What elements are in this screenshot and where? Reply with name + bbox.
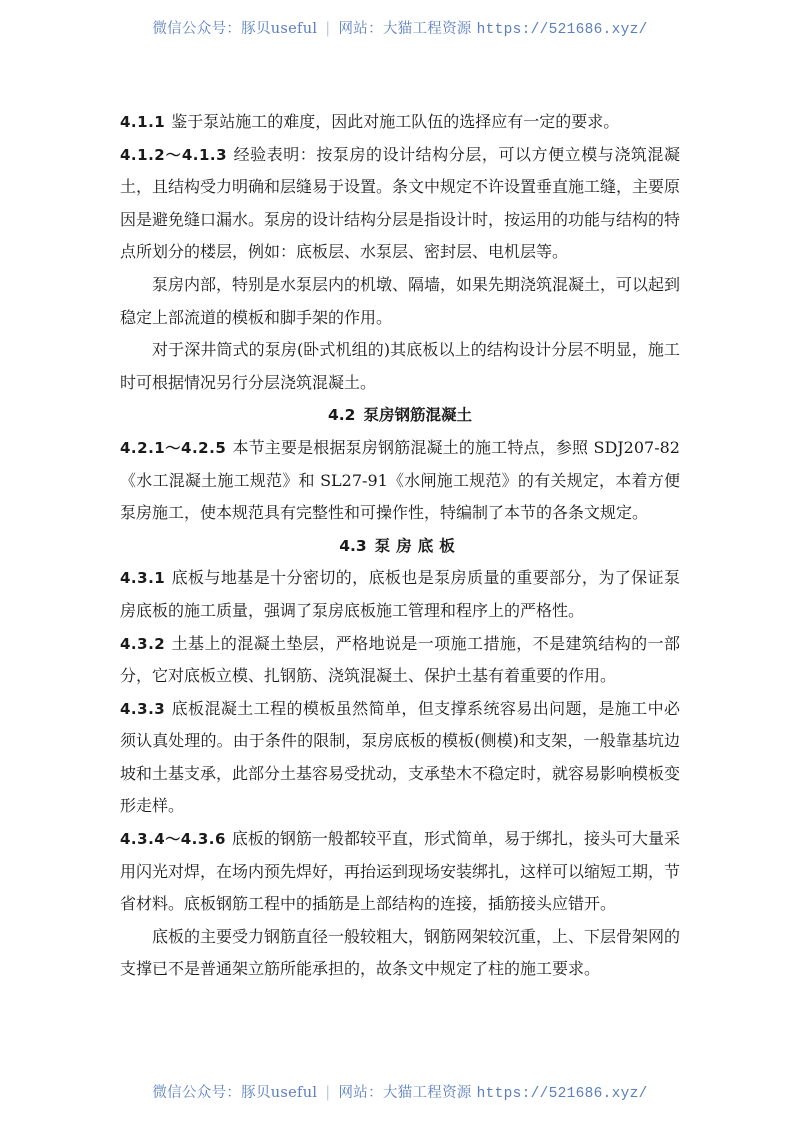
site-url: https://521686.xyz/ xyxy=(477,22,648,38)
clause-number: 4.3.3 xyxy=(120,700,165,718)
clause-number: 4.1.1 xyxy=(120,113,165,131)
clause-number: 4.2.1～4.2.5 xyxy=(120,439,226,457)
clause-4-3-3: 4.3.3底板混凝土工程的模板虽然简单，但支撑系统容易出问题，是施工中必须认真处… xyxy=(120,693,680,823)
footer-watermark: 微信公众号：豚贝useful|网站：大猫工程资源 https://521686.… xyxy=(0,1081,800,1102)
clause-4-3-4-4-3-6: 4.3.4～4.3.6底板的钢筋一般都较平直，形式简单，易于绑扎，接头可大量采用… xyxy=(120,823,680,921)
clause-text: 底板混凝土工程的模板虽然简单，但支撑系统容易出问题，是施工中必须认真处理的。由于… xyxy=(120,699,680,816)
clause-text: 底板与地基是十分密切的，底板也是泵房质量的重要部分，为了保证泵房底板的施工质量，… xyxy=(120,568,680,620)
heading-number: 4.3 xyxy=(339,537,366,555)
header-watermark: 微信公众号：豚贝useful|网站：大猫工程资源 https://521686.… xyxy=(0,17,800,38)
separator: | xyxy=(325,21,330,37)
site-label: 网站：大猫工程资源 xyxy=(338,1085,471,1101)
site-url: https://521686.xyz/ xyxy=(477,1086,648,1102)
wechat-label: 微信公众号：豚贝useful xyxy=(152,21,317,37)
heading-title: 泵房钢筋混凝土 xyxy=(363,406,472,424)
clause-4-2-1-4-2-5: 4.2.1～4.2.5本节主要是根据泵房钢筋混凝土的施工特点，参照 SDJ207… xyxy=(120,432,680,530)
site-label: 网站：大猫工程资源 xyxy=(338,21,471,37)
heading-title: 泵房底板 xyxy=(375,537,461,555)
clause-4-1-1: 4.1.1鉴于泵站施工的难度，因此对施工队伍的选择应有一定的要求。 xyxy=(120,106,680,139)
clause-4-1-2-4-1-3: 4.1.2～4.1.3经验表明：按泵房的设计结构分层，可以方便立模与浇筑混凝土，… xyxy=(120,139,680,269)
wechat-label: 微信公众号：豚贝useful xyxy=(152,1085,317,1101)
clause-text: 土基上的混凝土垫层，严格地说是一项施工措施，不是建筑结构的一部分，它对底板立模、… xyxy=(120,634,680,686)
section-heading-4-3: 4.3泵房底板 xyxy=(120,530,680,563)
clause-4-3-2: 4.3.2土基上的混凝土垫层，严格地说是一项施工措施，不是建筑结构的一部分，它对… xyxy=(120,628,680,693)
paragraph: 对于深井筒式的泵房(卧式机组的)其底板以上的结构设计分层不明显，施工时可根据情况… xyxy=(120,334,680,399)
document-body: 4.1.1鉴于泵站施工的难度，因此对施工队伍的选择应有一定的要求。 4.1.2～… xyxy=(120,106,680,986)
section-heading-4-2: 4.2泵房钢筋混凝土 xyxy=(120,399,680,432)
clause-number: 4.1.2～4.1.3 xyxy=(120,146,227,164)
separator: | xyxy=(325,1085,330,1101)
clause-4-3-1: 4.3.1底板与地基是十分密切的，底板也是泵房质量的重要部分，为了保证泵房底板的… xyxy=(120,562,680,627)
clause-text: 鉴于泵站施工的难度，因此对施工队伍的选择应有一定的要求。 xyxy=(171,112,619,131)
paragraph: 泵房内部，特别是水泵层内的机墩、隔墙，如果先期浇筑混凝土，可以起到稳定上部流道的… xyxy=(120,269,680,334)
clause-number: 4.3.2 xyxy=(120,635,165,653)
paragraph: 底板的主要受力钢筋直径一般较粗大，钢筋网架较沉重，上、下层骨架网的支撑已不是普通… xyxy=(120,921,680,986)
clause-number: 4.3.1 xyxy=(120,569,165,587)
clause-number: 4.3.4～4.3.6 xyxy=(120,830,226,848)
heading-number: 4.2 xyxy=(328,406,355,424)
